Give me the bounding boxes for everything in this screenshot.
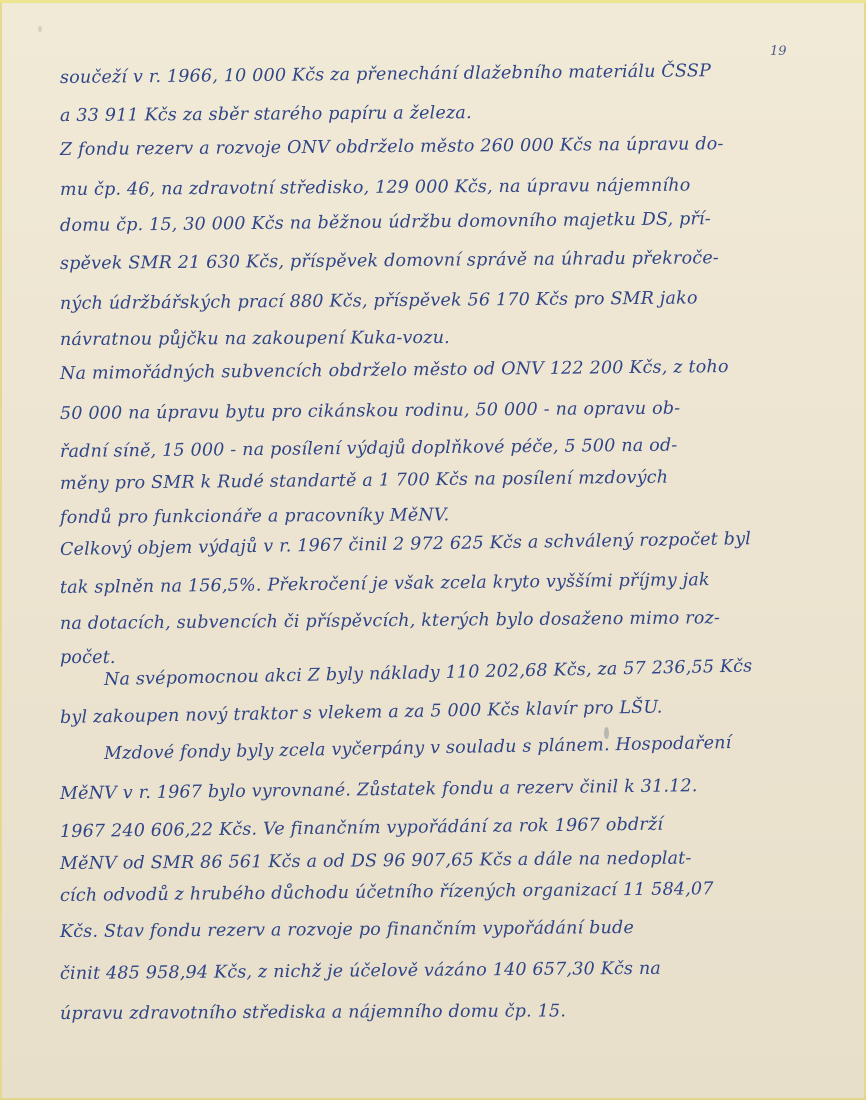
text-line: ných údržbářských prací 880 Kčs, příspěv… — [60, 288, 698, 314]
text-line: MěNV v r. 1967 bylo vyrovnané. Zůstatek … — [60, 776, 698, 804]
text-line: na dotacích, subvencích či příspěvcích, … — [60, 608, 720, 634]
text-line: MěNV od SMR 86 561 Kčs a od DS 96 907,65… — [60, 848, 692, 874]
text-line: domu čp. 15, 30 000 Kčs na běžnou údržbu… — [60, 209, 711, 236]
text-line: počet. — [60, 648, 116, 668]
text-line: Celkový objem výdajů v r. 1967 činil 2 9… — [60, 529, 751, 560]
text-line: Kčs. Stav fondu rezerv a rozvoje po fina… — [60, 918, 634, 942]
text-line: fondů pro funkcionáře a pracovníky MěNV. — [60, 505, 450, 528]
text-line: tak splněn na 156,5%. Překročení je však… — [60, 570, 710, 598]
paper-smudge — [38, 26, 42, 32]
text-line: Na mimořádných subvencích obdrželo město… — [60, 357, 729, 384]
text-line: návratnou půjčku na zakoupení Kuka-vozu. — [60, 328, 450, 350]
text-line: a 33 911 Kčs za sběr starého papíru a že… — [60, 103, 472, 126]
text-line: měny pro SMR k Rudé standartě a 1 700 Kč… — [60, 468, 668, 494]
text-line: Na svépomocnou akci Z byly náklady 110 2… — [104, 656, 753, 690]
text-line: byl zakoupen nový traktor s vlekem a za … — [60, 697, 663, 728]
text-line: spěvek SMR 21 630 Kčs, příspěvek domovní… — [60, 248, 719, 274]
text-line: 1967 240 606,22 Kčs. Ve finančním vypořá… — [60, 815, 663, 842]
text-line: cích odvodů z hrubého důchodu účetního ř… — [60, 879, 714, 906]
text-line: Mzdové fondy byly zcela vyčerpány v soul… — [104, 733, 732, 764]
text-line: součeží v r. 1966, 10 000 Kčs za přenech… — [60, 61, 711, 88]
document-page: 19 součeží v r. 1966, 10 000 Kčs za přen… — [0, 0, 866, 1100]
text-line: řadní síně, 15 000 - na posílení výdajů … — [60, 436, 678, 462]
text-line: Z fondu rezerv a rozvoje ONV obdrželo mě… — [60, 134, 724, 160]
text-line: mu čp. 46, na zdravotní středisko, 129 0… — [60, 176, 691, 200]
page-number: 19 — [770, 44, 787, 59]
text-line: činit 485 958,94 Kčs, z nichž je účelově… — [60, 959, 661, 984]
text-line: úpravu zdravotního střediska a nájemního… — [60, 1001, 566, 1024]
text-line: 50 000 na úpravu bytu pro cikánskou rodi… — [60, 399, 681, 424]
